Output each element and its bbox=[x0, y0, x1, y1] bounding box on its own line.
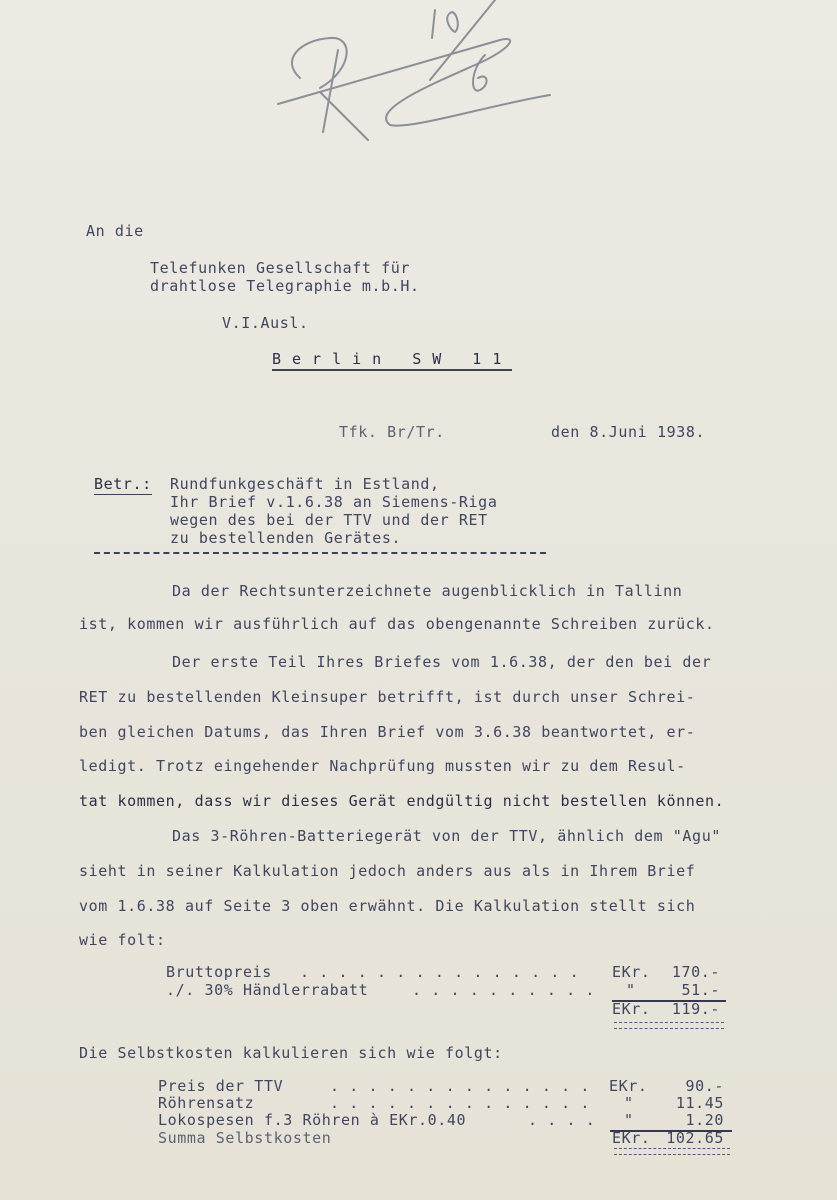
letter-date: den 8.Juni 1938. bbox=[551, 423, 705, 441]
calc2-label: Röhrensatz bbox=[158, 1094, 254, 1112]
calc1-label: ./. 30% Händlerrabatt bbox=[166, 981, 368, 999]
subject-line: Ihr Brief v.1.6.38 an Siemens-Riga bbox=[170, 493, 497, 511]
paragraph-line: Der erste Teil Ihres Briefes vom 1.6.38,… bbox=[172, 653, 711, 671]
calc2-dots: . . . . . . . . . . . . . . bbox=[330, 1094, 590, 1112]
calc2-currency: EKr. bbox=[609, 1077, 648, 1095]
paragraph-line: ist, kommen wir ausführlich auf das oben… bbox=[79, 615, 715, 633]
reference-code: Tfk. Br/Tr. bbox=[339, 423, 445, 441]
calc2-intro: Die Selbstkosten kalkulieren sich wie fo… bbox=[79, 1044, 503, 1062]
subject-line: zu bestellenden Gerätes. bbox=[170, 529, 401, 547]
calc2-total-label: Summa Selbstkosten bbox=[158, 1129, 331, 1147]
calc2-total-currency: EKr. bbox=[612, 1129, 651, 1147]
calc1-total-amount: 119.- bbox=[652, 1000, 720, 1018]
handwritten-annotation bbox=[260, 0, 560, 160]
paragraph-line: Das 3-Röhren-Batteriegerät von der TTV, … bbox=[172, 827, 721, 845]
calc2-dots: . . . . . . . . . . . . . . bbox=[330, 1077, 590, 1095]
calc1-dots: . . . . . . . . . . bbox=[412, 981, 595, 999]
subject-line: wegen des bei der TTV und der RET bbox=[170, 511, 488, 529]
calc1-label: Bruttopreis bbox=[166, 963, 272, 981]
calc1-double-underline bbox=[614, 1022, 724, 1029]
recipient-company-line2: drahtlose Telegraphie m.b.H. bbox=[150, 277, 420, 295]
paragraph-line: sieht in seiner Kalkulation jedoch ander… bbox=[79, 862, 695, 880]
letter-page: An die Telefunken Gesellschaft für draht… bbox=[0, 0, 837, 1200]
calc2-label: Lokospesen f.3 Röhren à EKr.0.40 bbox=[158, 1111, 466, 1129]
paragraph-line: ben gleichen Datums, das Ihren Brief vom… bbox=[79, 723, 695, 741]
salutation: An die bbox=[86, 222, 144, 240]
paragraph-line: wie folt: bbox=[79, 931, 166, 949]
calc1-currency: " bbox=[626, 981, 636, 999]
calc2-amount: 11.45 bbox=[652, 1094, 724, 1112]
calc2-label: Preis der TTV bbox=[158, 1077, 283, 1095]
subject-line: Rundfunkgeschäft in Estland, bbox=[170, 475, 440, 493]
paragraph-line: Da der Rechtsunterzeichnete augenblickli… bbox=[172, 582, 682, 600]
calc2-amount: 90.- bbox=[652, 1077, 724, 1095]
calc2-double-underline bbox=[614, 1148, 730, 1155]
paragraph-line: tat kommen, dass wir dieses Gerät endgül… bbox=[79, 792, 724, 810]
calc2-currency: " bbox=[624, 1094, 634, 1112]
paragraph-line: RET zu bestellenden Kleinsuper betrifft,… bbox=[79, 688, 695, 706]
calc1-total-currency: EKr. bbox=[612, 1000, 651, 1018]
calc2-currency: " bbox=[624, 1111, 634, 1129]
calc1-dots: . . . . . . . . . . . . . . . bbox=[300, 963, 579, 981]
calc2-dots: . . . . bbox=[528, 1111, 595, 1129]
subject-divider bbox=[94, 552, 546, 554]
calc1-amount: 170.- bbox=[652, 963, 720, 981]
calc2-amount: 1.20 bbox=[652, 1111, 724, 1129]
calc1-amount: 51.- bbox=[652, 981, 720, 999]
paragraph-line: vom 1.6.38 auf Seite 3 oben erwähnt. Die… bbox=[79, 897, 695, 915]
calc2-total-amount: 102.65 bbox=[652, 1129, 724, 1147]
recipient-department: V.I.Ausl. bbox=[222, 314, 309, 332]
calc1-currency: EKr. bbox=[612, 963, 651, 981]
recipient-company-line1: Telefunken Gesellschaft für bbox=[150, 259, 410, 277]
recipient-city: Berlin SW 11 bbox=[272, 350, 512, 371]
paragraph-line: ledigt. Trotz eingehender Nachprüfung mu… bbox=[79, 757, 686, 775]
subject-label: Betr.: bbox=[94, 475, 152, 495]
